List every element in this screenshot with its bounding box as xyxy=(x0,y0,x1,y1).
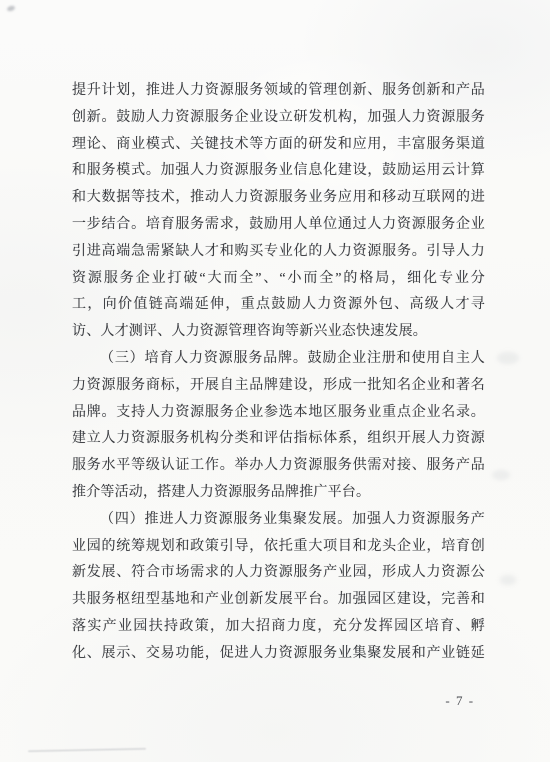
bleedthrough-mark xyxy=(497,352,519,364)
text-line: 力资源服务商标，开展自主品牌建设，形成一批知名企业和著名 xyxy=(72,373,485,400)
text-line: 新发展、符合市场需求的人力资源服务产业园，形成人力资源公 xyxy=(72,560,485,587)
text-line-paragraph-start: （三）培育人力资源服务品牌。鼓励企业注册和使用自主人 xyxy=(72,346,485,373)
text-line-paragraph-start: （四）推进人力资源服务业集聚发展。加强人力资源服务产 xyxy=(72,507,485,534)
text-line: 品牌。支持人力资源服务企业参选本地区服务业重点企业名录。 xyxy=(72,400,485,427)
text-line: 理论、商业模式、关键技术等方面的研发和应用，丰富服务渠道 xyxy=(72,132,485,159)
text-line: 建立人力资源服务机构分类和评估指标体系，组织开展人力资源 xyxy=(72,426,485,453)
text-line: 提升计划，推进人力资源服务领域的管理创新、服务创新和产品 xyxy=(72,78,485,105)
text-line: 和大数据等技术，推动人力资源服务业务应用和移动互联网的进 xyxy=(72,185,485,212)
bleedthrough-mark xyxy=(492,470,510,480)
text-line: 业园的统筹规划和政策引导，依托重大项目和龙头企业，培育创 xyxy=(72,534,485,561)
text-line: 落实产业园扶持政策，加大招商力度，充分发挥园区培育、孵 xyxy=(72,614,485,641)
bleedthrough-mark xyxy=(500,575,516,585)
text-line: 服务水平等级认证工作。举办人力资源服务供需对接、服务产品 xyxy=(72,453,485,480)
text-line-paragraph-end: 访、人才测评、人力资源管理咨询等新兴业态快速发展。 xyxy=(72,319,485,346)
text-line: 一步结合。培育服务需求，鼓励用人单位通过人力资源服务企业 xyxy=(72,212,485,239)
text-line: 资源服务企业打破“大而全”、“小而全”的格局，细化专业分 xyxy=(72,266,485,293)
text-line: 和服务模式。加强人力资源服务业信息化建设，鼓励运用云计算 xyxy=(72,158,485,185)
text-line: 化、展示、交易功能，促进人力资源服务业集聚发展和产业链延 xyxy=(72,641,485,668)
text-line: 创新。鼓励人力资源服务企业设立研发机构，加强人力资源服务 xyxy=(72,105,485,132)
text-line: 工，向价值链高端延伸，重点鼓励人力资源外包、高级人才寻 xyxy=(72,292,485,319)
text-line: 引进高端急需紧缺人才和购买专业化的人力资源服务。引导人力 xyxy=(72,239,485,266)
page-number: - 7 - xyxy=(425,693,495,709)
document-text-block: 提升计划，推进人力资源服务领域的管理创新、服务创新和产品 创新。鼓励人力资源服务… xyxy=(72,78,485,668)
text-line-paragraph-end: 推介等活动，搭建人力资源服务品牌推广平台。 xyxy=(72,480,485,507)
text-line: 共服务枢纽型基地和产业创新发展平台。加强园区建设，完善和 xyxy=(72,587,485,614)
